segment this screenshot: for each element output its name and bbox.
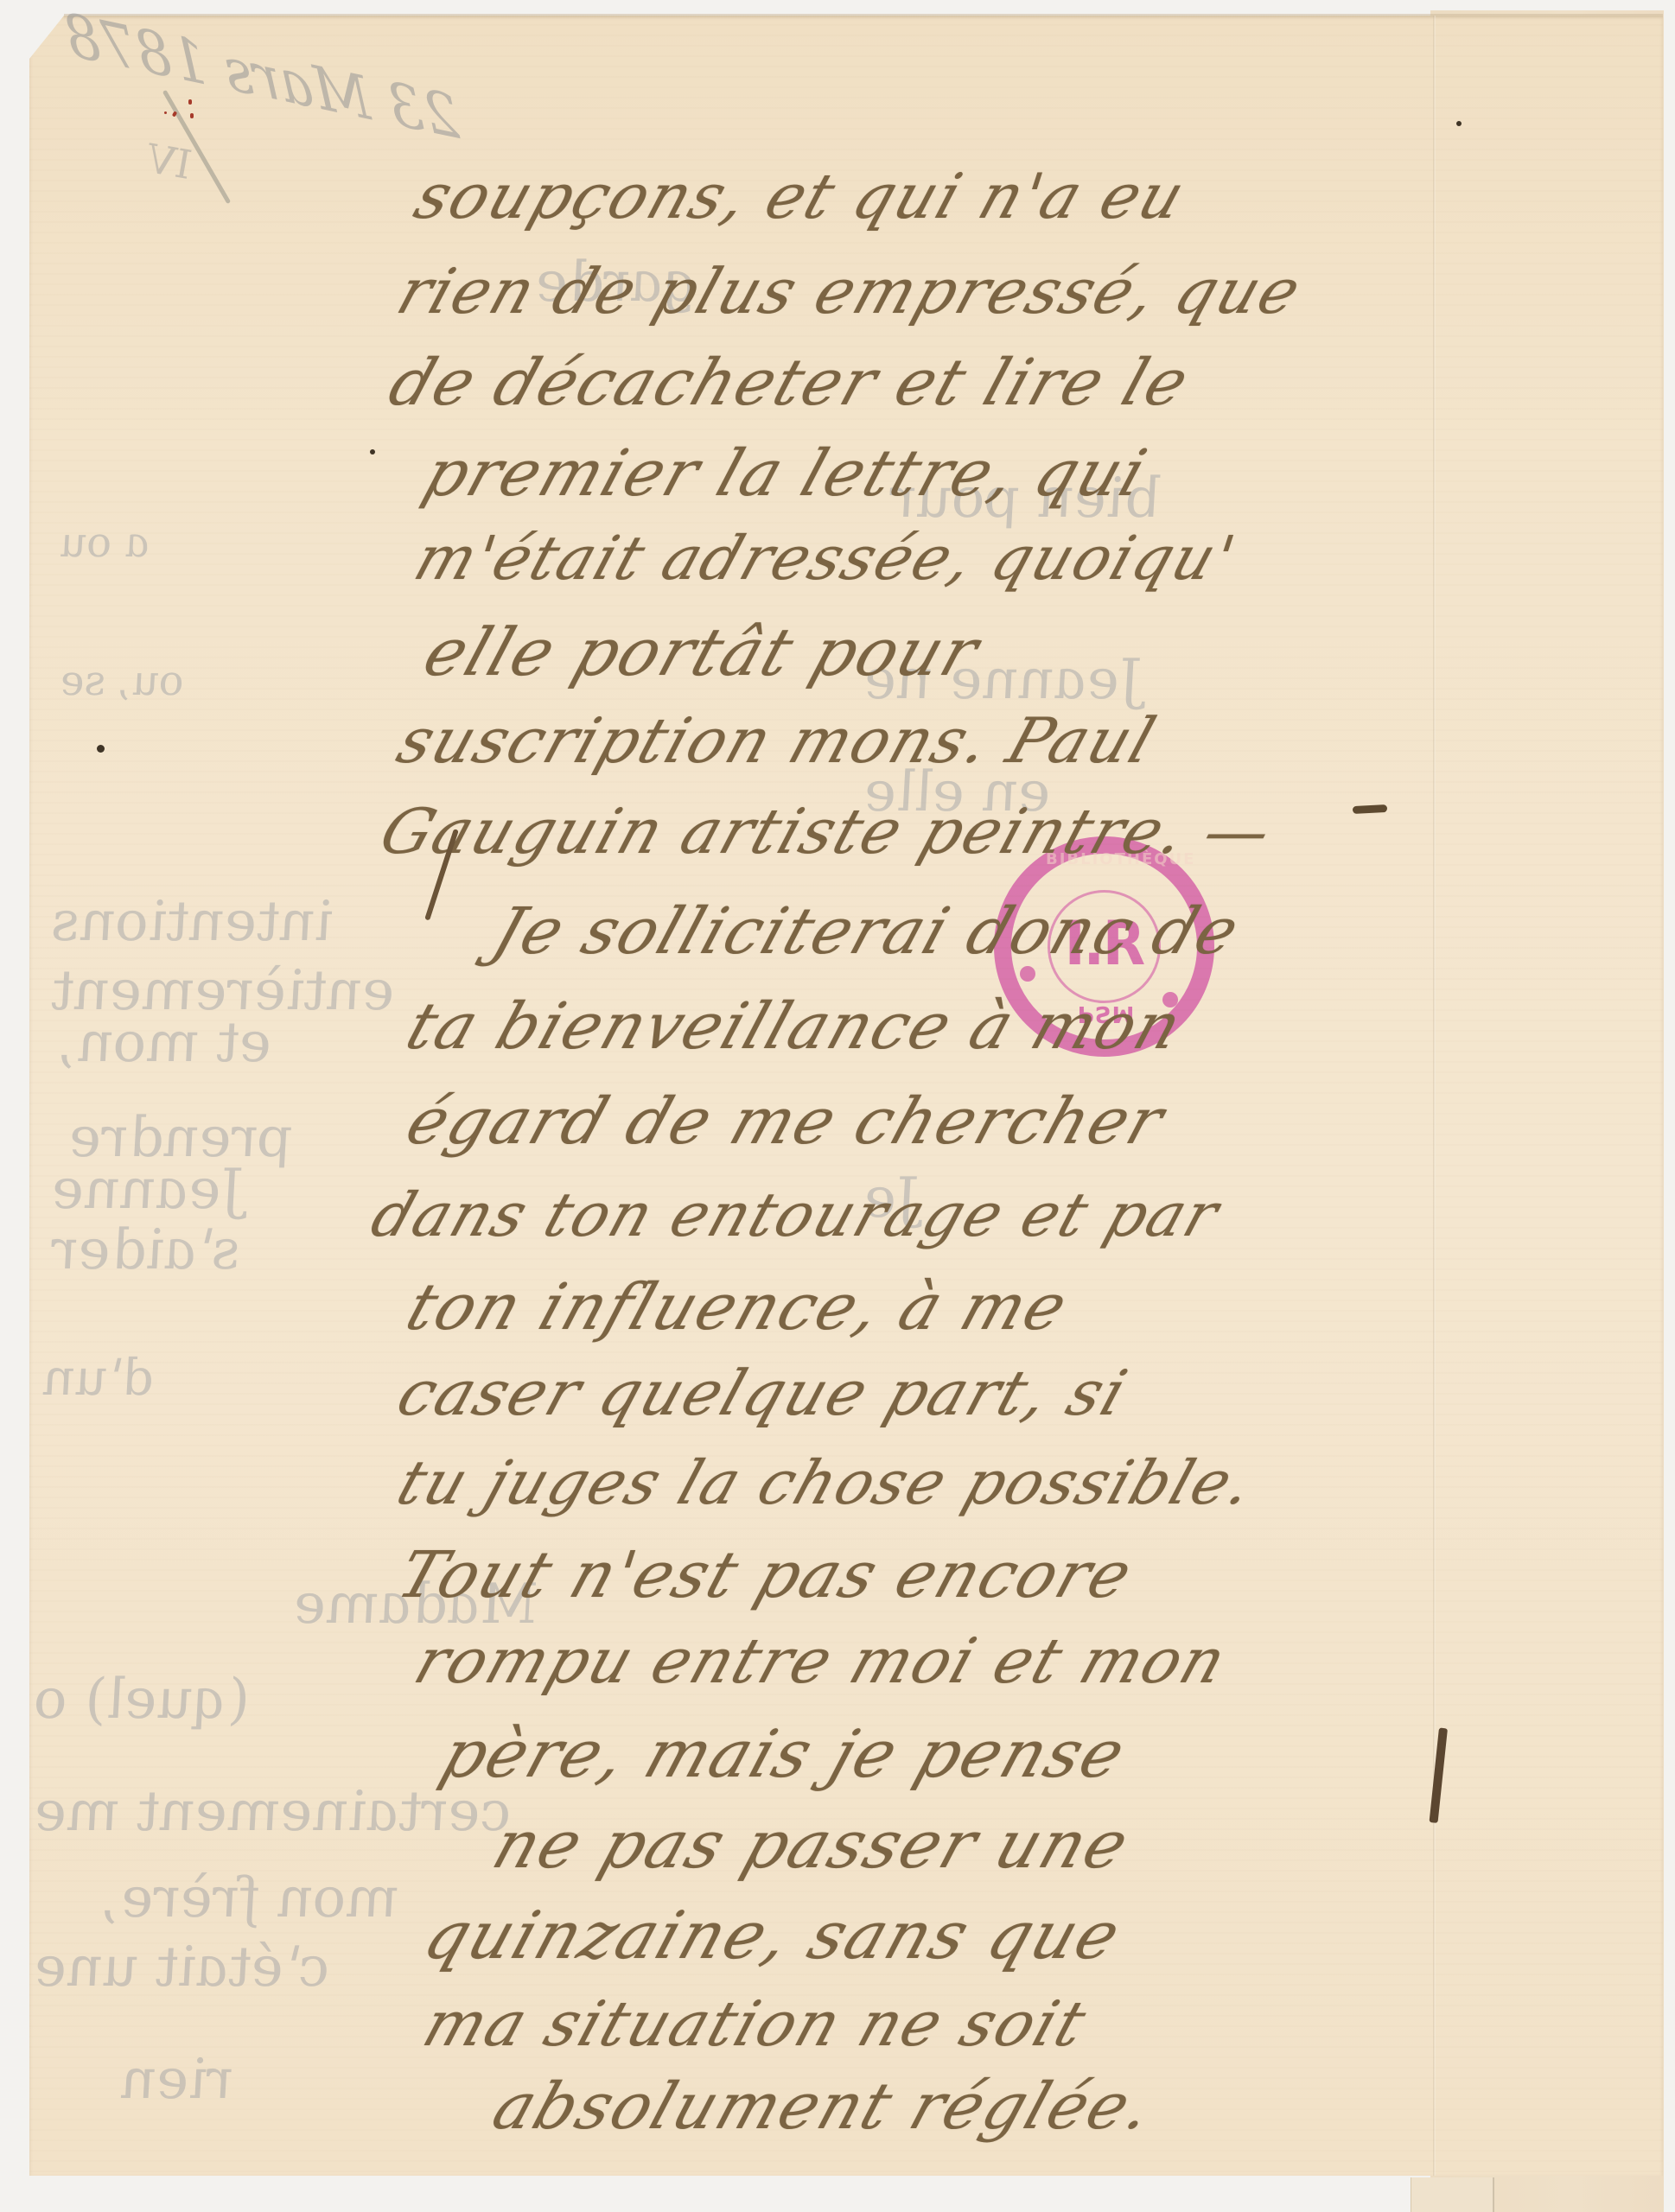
show-through-line: et mon, bbox=[53, 1011, 280, 1075]
ink-spot bbox=[1456, 121, 1462, 126]
letter-line-8: Gauguin artiste peintre. — bbox=[372, 795, 1282, 868]
letter-line-21: ma situation ne soit bbox=[415, 1987, 1096, 2060]
folded-leaf-tab bbox=[1411, 2177, 1494, 2212]
show-through-line: (quel) o bbox=[27, 1668, 258, 1732]
show-through-line: s'aider bbox=[44, 1218, 249, 1282]
ink-spot bbox=[370, 449, 375, 454]
letter-line-15: tu juges la chose possible. bbox=[389, 1447, 1264, 1518]
red-ink-specks bbox=[164, 99, 199, 125]
letter-line-9: Je solliciterai donc de bbox=[484, 894, 1249, 969]
letter-line-12: dans ton entourage et par bbox=[363, 1179, 1228, 1250]
letter-line-4: premier la lettre, qui bbox=[415, 436, 1156, 511]
letter-line-17: rompu entre moi et mon bbox=[406, 1624, 1236, 1697]
letter-line-18: père, mais je pense bbox=[432, 1715, 1136, 1792]
letter-line-11: égard de me chercher bbox=[398, 1084, 1174, 1159]
letter-line-10: ta bienveillance à mon bbox=[398, 989, 1192, 1064]
ink-spot bbox=[97, 745, 105, 753]
show-through-line: rien bbox=[113, 2048, 242, 2112]
letter-line-7: suscription mons. Paul bbox=[389, 704, 1165, 777]
show-through-line: intentions bbox=[44, 890, 341, 954]
show-through-line: mon frère, bbox=[96, 1866, 407, 1930]
letter-line-13: ton influence, à me bbox=[398, 1270, 1078, 1344]
pencil-folio-annotation: IV bbox=[143, 135, 195, 188]
show-through-line: d'un bbox=[36, 1348, 162, 1407]
letter-line-1: soupçons, et qui n'a eu bbox=[406, 160, 1195, 232]
page-top-edge bbox=[64, 14, 1663, 19]
letter-line-22: absolument réglée. bbox=[484, 2069, 1162, 2144]
page-fold-crease bbox=[1433, 16, 1436, 2176]
letter-line-19: ne pas passer une bbox=[484, 1806, 1139, 1883]
letter-line-5: m'était adressée, quoiqu' bbox=[406, 523, 1245, 594]
letter-line-20: quinzaine, sans que bbox=[415, 1897, 1131, 1974]
show-through-line: ou, se bbox=[54, 657, 190, 705]
letter-line-14: caser quelque part, si bbox=[389, 1357, 1137, 1429]
show-through-line: a ou bbox=[54, 518, 156, 567]
letter-line-3: de décacheter et lire le bbox=[380, 346, 1199, 420]
show-through-line: Jeanne bbox=[44, 1158, 252, 1222]
letter-line-6: elle portât pour bbox=[415, 613, 990, 690]
letter-line-16: Tout n'est pas encore bbox=[389, 1538, 1143, 1612]
letter-line-2: rien de plus empressé, que bbox=[389, 255, 1311, 327]
show-through-line: c'était une bbox=[27, 1935, 338, 1999]
